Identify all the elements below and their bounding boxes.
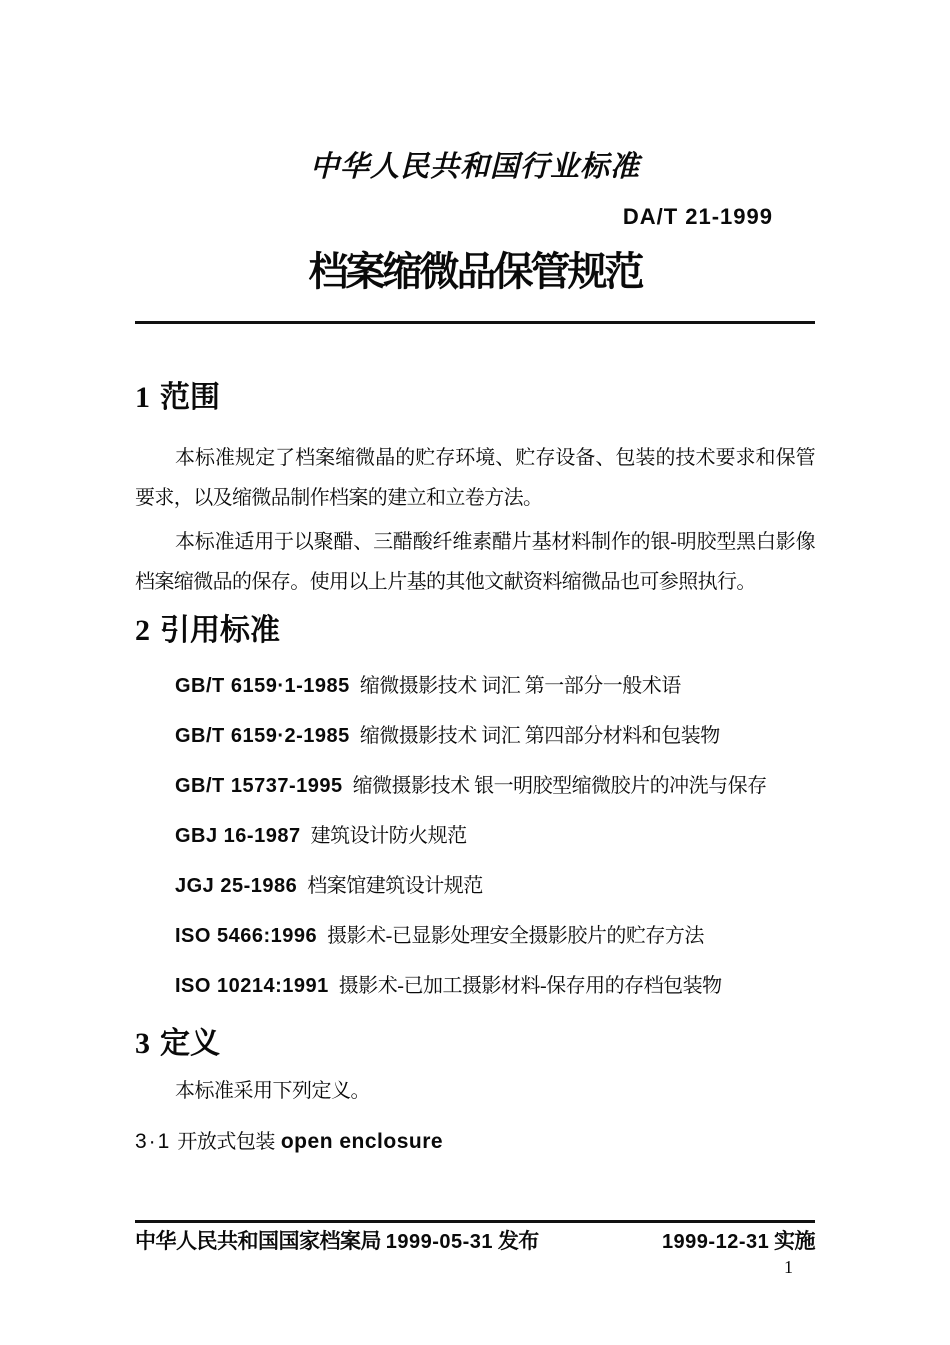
section-2-heading: 2引用标准 — [135, 613, 815, 649]
definitions-intro: 本标准采用下列定义。 — [135, 1078, 815, 1104]
standard-list-item: GB/T 6159·2-1985缩微摄影技术 词汇 第四部分材料和包装物 — [135, 723, 815, 749]
standard-item-title: 档案馆建筑设计规范 — [307, 875, 483, 897]
standard-item-title: 建筑设计防火规范 — [311, 825, 467, 847]
standard-item-code: GBJ 16-1987 — [175, 825, 301, 847]
footer-impl-date: 1999-12-31 — [662, 1231, 769, 1253]
document-title: 档案缩微品保管规范 — [135, 248, 815, 296]
footer-issuer: 中华人民共和国国家档案局 — [135, 1229, 381, 1253]
section-3-heading: 3定义 — [135, 1026, 815, 1062]
standard-list-item: GB/T 15737-1995缩微摄影技术 银一明胶型缩微胶片的冲洗与保存 — [135, 773, 815, 799]
definition-term-english: open enclosure — [281, 1130, 443, 1153]
standard-item-title: 缩微摄影技术 词汇 第一部分一般术语 — [360, 675, 681, 697]
standard-item-title: 摄影术-已显影处理安全摄影胶片的贮存方法 — [327, 925, 704, 947]
section-1-title: 范围 — [160, 381, 220, 414]
standard-item-title: 缩微摄影技术 词汇 第四部分材料和包装物 — [360, 725, 720, 747]
standard-list-item: ISO 5466:1996摄影术-已显影处理安全摄影胶片的贮存方法 — [135, 923, 815, 949]
standard-code: DA/T 21-1999 — [623, 204, 773, 229]
document-content: 中华人民共和国行业标准 DA/T 21-1999 档案缩微品保管规范 1范围 本… — [135, 148, 815, 1156]
scope-paragraph-1: 本标准规定了档案缩微晶的贮存环境、贮存设备、包装的技术要求和保管要求，以及缩微品… — [135, 438, 815, 518]
definition-number: 3·1 — [135, 1130, 171, 1153]
standard-item-title: 摄影术-已加工摄影材料-保存用的存档包装物 — [339, 975, 722, 997]
section-3-number: 3 — [135, 1027, 150, 1060]
definition-item-3-1: 3·1开放式包装open enclosure — [135, 1128, 815, 1156]
footer-issue-label: 发布 — [498, 1229, 539, 1253]
section-1-number: 1 — [135, 381, 150, 414]
footer-row: 中华人民共和国国家档案局 1999-05-31 发布 1999-12-31 实施 — [135, 1228, 815, 1255]
standard-list-item: GB/T 6159·1-1985缩微摄影技术 词汇 第一部分一般术语 — [135, 673, 815, 699]
standard-item-code: GB/T 15737-1995 — [175, 775, 343, 797]
referenced-standards-list: GB/T 6159·1-1985缩微摄影技术 词汇 第一部分一般术语 GB/T … — [135, 673, 815, 999]
standard-list-item: ISO 10214:1991摄影术-已加工摄影材料-保存用的存档包装物 — [135, 973, 815, 999]
standard-item-code: ISO 5466:1996 — [175, 925, 317, 947]
page-number: 1 — [784, 1256, 793, 1278]
page-footer: 中华人民共和国国家档案局 1999-05-31 发布 1999-12-31 实施… — [135, 1220, 815, 1255]
section-3-title: 定义 — [160, 1027, 220, 1060]
standard-code-row: DA/T 21-1999 — [135, 205, 815, 229]
definition-term: 开放式包装 — [177, 1131, 275, 1153]
standard-list-item: JGJ 25-1986档案馆建筑设计规范 — [135, 873, 815, 899]
footer-issue: 中华人民共和国国家档案局 1999-05-31 发布 — [135, 1228, 539, 1255]
standard-item-code: ISO 10214:1991 — [175, 975, 329, 997]
section-2-number: 2 — [135, 614, 150, 647]
standard-item-code: GB/T 6159·1-1985 — [175, 675, 350, 697]
footer-implementation: 1999-12-31 实施 — [662, 1228, 815, 1255]
section-2-title: 引用标准 — [160, 614, 280, 647]
standard-item-code: JGJ 25-1986 — [175, 875, 297, 897]
scope-paragraph-2: 本标准适用于以聚醋、三醋酸纤维素醋片基材料制作的银-明胶型黑白影像档案缩微品的保… — [135, 522, 815, 602]
standard-item-title: 缩微摄影技术 银一明胶型缩微胶片的冲洗与保存 — [353, 775, 767, 797]
header-rule — [135, 321, 815, 324]
footer-impl-label: 实施 — [774, 1229, 815, 1253]
standard-kicker: 中华人民共和国行业标准 — [135, 148, 815, 186]
document-page: 中华人民共和国行业标准 DA/T 21-1999 档案缩微品保管规范 1范围 本… — [0, 0, 950, 1345]
section-1-heading: 1范围 — [135, 380, 815, 416]
standard-list-item: GBJ 16-1987建筑设计防火规范 — [135, 823, 815, 849]
footer-issue-date: 1999-05-31 — [386, 1231, 493, 1253]
standard-item-code: GB/T 6159·2-1985 — [175, 725, 350, 747]
